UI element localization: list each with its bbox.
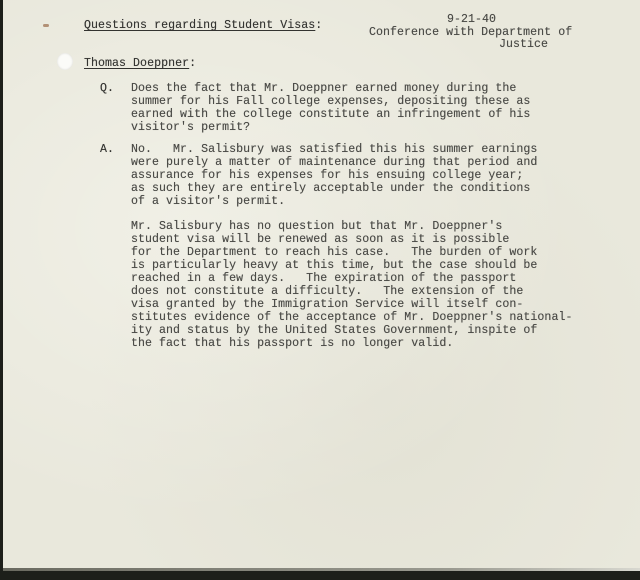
answer-line: No. Mr. Salisbury was satisfied this his… [131, 143, 537, 156]
heading-colon: : [315, 19, 322, 32]
question-marker: Q. [100, 82, 114, 95]
paragraph-line: ity and status by the United States Gove… [131, 324, 572, 337]
question-text: Does the fact that Mr. Doeppner earned m… [131, 82, 530, 134]
question-line: visitor's permit? [131, 121, 530, 134]
question-line: Does the fact that Mr. Doeppner earned m… [131, 82, 530, 95]
answer-paragraph-2: Mr. Salisbury has no question but that M… [131, 220, 572, 350]
meeting-line-2: Justice [499, 38, 548, 51]
paragraph-line: stitutes evidence of the acceptance of M… [131, 311, 572, 324]
question-line: summer for his Fall college expenses, de… [131, 95, 530, 108]
document-heading: Questions regarding Student Visas: [84, 19, 322, 32]
paper-stain [43, 24, 49, 27]
paragraph-line: is particularly heavy at this time, but … [131, 259, 572, 272]
heading-text: Questions regarding Student Visas [84, 19, 315, 32]
paragraph-line: the fact that his passport is no longer … [131, 337, 572, 350]
subject-heading: Thomas Doeppner: [84, 57, 196, 70]
paragraph-line: does not constitute a difficulty. The ex… [131, 285, 572, 298]
question-line: earned with the college constitute an in… [131, 108, 530, 121]
punch-hole [57, 53, 73, 70]
paragraph-line: visa granted by the Immigration Service … [131, 298, 572, 311]
answer-line: of a visitor's permit. [131, 195, 537, 208]
paragraph-line: reached in a few days. The expiration of… [131, 272, 572, 285]
subject-colon: : [189, 57, 196, 70]
paragraph-line: student visa will be renewed as soon as … [131, 233, 572, 246]
document-page: Questions regarding Student Visas: 9-21-… [3, 0, 640, 571]
paragraph-line: for the Department to reach his case. Th… [131, 246, 572, 259]
answer-line: assurance for his expenses for his ensui… [131, 169, 537, 182]
subject-name: Thomas Doeppner [84, 57, 189, 70]
document-date: 9-21-40 [447, 13, 496, 26]
answer-text: No. Mr. Salisbury was satisfied this his… [131, 143, 537, 208]
paragraph-line: Mr. Salisbury has no question but that M… [131, 220, 572, 233]
answer-line: were purely a matter of maintenance duri… [131, 156, 537, 169]
answer-marker: A. [100, 143, 114, 156]
answer-line: as such they are entirely acceptable und… [131, 182, 537, 195]
